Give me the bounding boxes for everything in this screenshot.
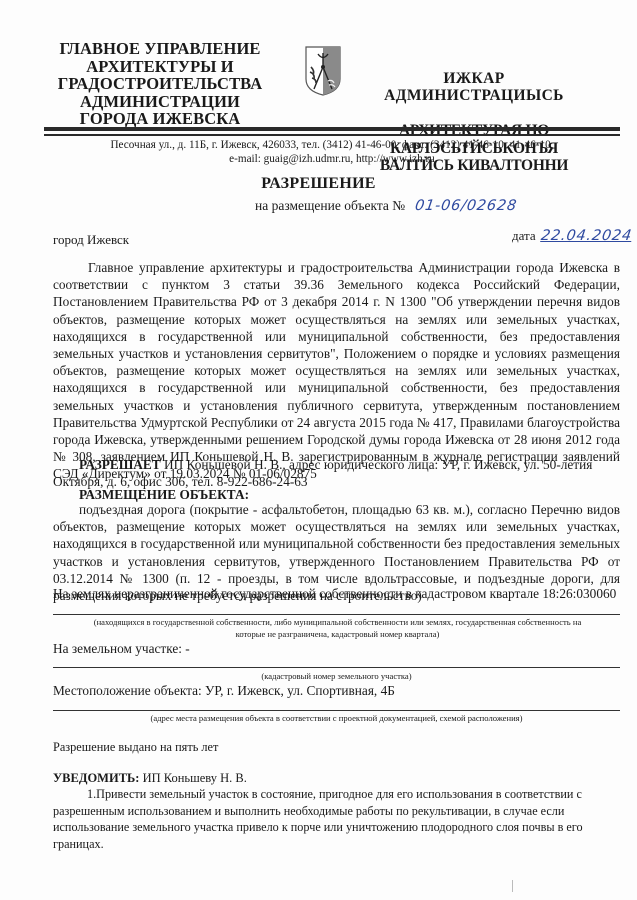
issuer-contacts: Песочная ул., д. 11Б, г. Ижевск, 426033,… — [40, 139, 624, 166]
notify-label: УВЕДОМИТЬ: — [53, 771, 139, 785]
lands-underline — [53, 614, 620, 615]
preamble-paragraph: Главное управление архитектуры и градост… — [53, 259, 620, 483]
notify-line: УВЕДОМИТЬ: ИП Коньшеву Н. В. — [53, 771, 247, 786]
permits-label: РАЗРЕШАЕТ — [79, 457, 161, 472]
permit-number: 01-06/02628 — [413, 198, 517, 214]
preamble-text: Главное управление архитектуры и градост… — [53, 259, 620, 483]
date-label: дата — [512, 228, 536, 243]
header-rule-thick — [44, 127, 620, 131]
obligation-item-1: 1.Привести земельный участок в состояние… — [53, 786, 620, 852]
location-text: Местоположение объекта: УР, г. Ижевск, у… — [53, 683, 395, 699]
lands-text: На землях неразграниченной государственн… — [53, 586, 616, 602]
location-underline — [53, 710, 620, 711]
lands-caption: (находящихся в государственной собственн… — [80, 616, 595, 640]
location-caption: (адрес места размещения объекта в соотве… — [53, 712, 620, 724]
plot-text: На земельном участке: - — [53, 641, 190, 657]
plot-caption: (кадастровый номер земельного участка) — [53, 670, 620, 682]
document-date: дата 22.04.2024 — [512, 228, 632, 244]
subtitle-text: на размещение объекта № — [255, 198, 405, 213]
notify-recipient: ИП Коньшеву Н. В. — [143, 771, 247, 785]
issuer-name-udmurt: ИЖКАР АДМИНИСТРАЦИЫСЬ АРХИТЕКТУРАЯ НО КА… — [356, 52, 592, 192]
issuer-name-udmurt-line1: ИЖКАР АДМИНИСТРАЦИЫСЬ — [356, 70, 592, 105]
document-city: город Ижевск — [53, 232, 129, 248]
date-value: 22.04.2024 — [540, 228, 633, 244]
document-title: РАЗРЕШЕНИЕ — [0, 175, 637, 193]
document-subtitle: на размещение объекта № 01-06/02628 — [255, 198, 517, 214]
contacts-address-phone: Песочная ул., д. 11Б, г. Ижевск, 426033,… — [40, 139, 624, 153]
contacts-email-web: e-mail: guaig@izh.udmr.ru, http://www.iz… — [40, 153, 624, 167]
scan-artifact — [512, 880, 513, 892]
validity-text: Разрешение выдано на пять лет — [53, 740, 218, 755]
issuer-name-russian: ГЛАВНОЕ УПРАВЛЕНИЕ АРХИТЕКТУРЫ И ГРАДОСТ… — [40, 40, 280, 128]
plot-underline — [53, 667, 620, 668]
permits-paragraph: РАЗРЕШАЕТ ИП Коньшевой Н. В., адрес юрид… — [53, 456, 620, 490]
header-rule-thin — [44, 134, 620, 136]
coat-of-arms-icon — [304, 45, 342, 97]
